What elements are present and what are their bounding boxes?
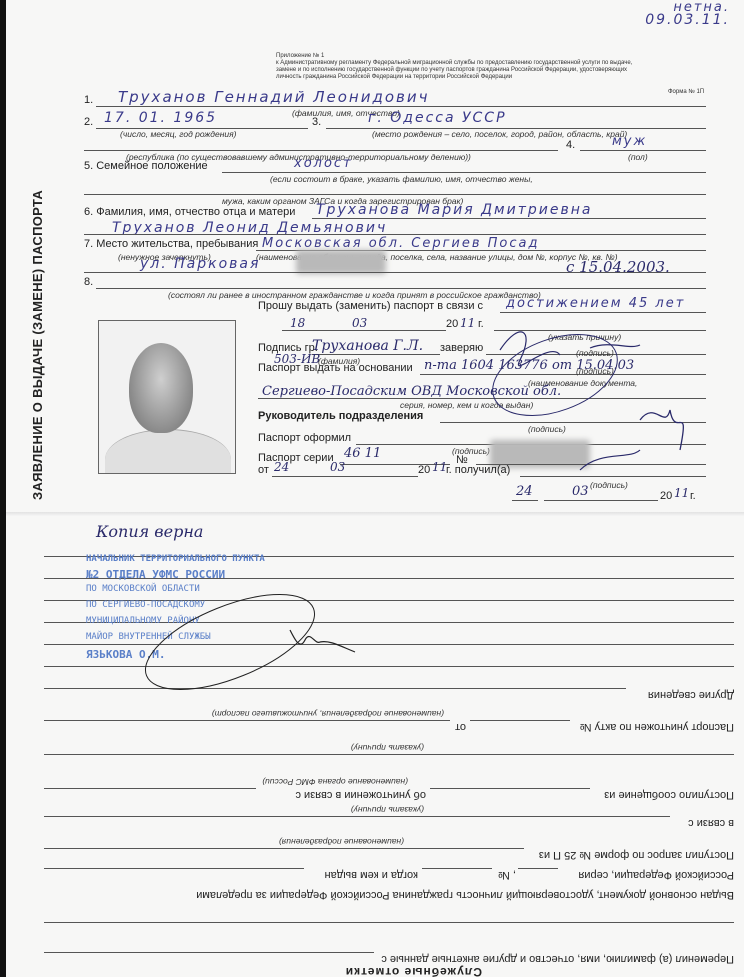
- destroyed-act-line: [470, 720, 570, 721]
- basis-label: Паспорт выдать на основании: [258, 362, 413, 374]
- photo-head: [129, 343, 193, 433]
- field-6-mother: Труханова Мария Дмитриевна: [316, 202, 592, 218]
- applicant-photo: [98, 320, 236, 474]
- dept-caption: (наименование подразделения): [279, 837, 404, 847]
- field-5-line-2: [84, 194, 706, 195]
- field-7-address-1: Московская обл. Сергиев Посад: [262, 236, 539, 251]
- destroyed-in-connection-label: об уничтожении в связи с: [295, 789, 426, 801]
- photo-shoulders: [105, 429, 231, 474]
- reason-caption-2: (указать причину): [351, 743, 424, 753]
- field-3-birth-place: г. Одесса УССР: [368, 110, 507, 126]
- field-8-line: [96, 288, 706, 289]
- changed-data-line: [44, 952, 374, 953]
- field-2-birth-date: 17. 01. 1965: [104, 110, 217, 126]
- reason-caption: (указать причину): [351, 805, 424, 815]
- destroyed-act-label: Паспорт уничтожен по акту №: [580, 721, 734, 733]
- destroyed-from-line: [44, 720, 450, 721]
- destroyed-from-label: от: [455, 721, 466, 733]
- service-marks-title: Служебные отметки: [345, 965, 482, 977]
- republic-line: [84, 150, 558, 151]
- field-4-line: [580, 150, 706, 151]
- field-6-label: 6. Фамилия, имя, отчество отца и матери: [84, 206, 295, 218]
- appendix-title: Приложение № 1: [276, 53, 324, 60]
- series-value: 46 11: [344, 446, 381, 461]
- field-5-marital-status: холост: [294, 156, 353, 171]
- changed-data-line-2: [44, 922, 734, 923]
- request-25p-line: [44, 848, 524, 849]
- field-3-number: 3.: [312, 116, 321, 128]
- field-4-number: 4.: [566, 139, 575, 151]
- field-6-line: [312, 218, 706, 219]
- fms-caption: (наименование органа ФМС России): [262, 777, 408, 787]
- field-7-label: 7. Место жительства, пребывания: [84, 238, 258, 250]
- from-day: 24: [274, 460, 289, 474]
- request-25p-label: Поступил запрос по форме № 25 П из: [539, 849, 734, 861]
- message-from-label: Поступило сообщение из: [604, 789, 734, 801]
- field-7-line-2: [84, 272, 706, 273]
- rf-number-label: , №: [498, 869, 516, 881]
- from-month: 03: [330, 460, 345, 474]
- form-number: Форма № 1П: [668, 89, 704, 96]
- in-connection-line: [44, 816, 670, 817]
- stamp-line-1: НАЧАЛЬНИК ТЕРРИТОРИАЛЬНОГО ПУНКТА: [86, 554, 265, 564]
- appendix-text-1: к Административному регламенту Федеральн…: [276, 60, 632, 67]
- request-month: 03: [352, 316, 367, 330]
- rf-series-label: Российской Федерации, серия: [578, 869, 734, 881]
- stamp-signature: [130, 580, 370, 700]
- form-title: ЗАЯВЛЕНИЕ О ВЫДАЧЕ (ЗАМЕНЕ) ПАСПОРТА: [30, 190, 45, 500]
- rf-when-line: [44, 868, 304, 869]
- issued-main-doc-label: Выдан основной документ, удостоверяющий …: [196, 889, 734, 901]
- destroyed-reason-line: [44, 788, 256, 789]
- field-4-caption: (пол): [628, 152, 648, 162]
- top-note-date: 09.03.11.: [645, 12, 730, 28]
- field-3-caption: (место рождения – село, поселок, город, …: [372, 129, 627, 139]
- head-of-unit-label: Руководитель подразделения: [258, 410, 423, 422]
- field-2-caption: (число, месяц, год рождения): [120, 129, 237, 139]
- issued-by-label: Паспорт оформил: [258, 432, 351, 444]
- request-date-line: [282, 330, 446, 331]
- field-5-label: 5. Семейное положение: [84, 160, 208, 172]
- field-8-number: 8.: [84, 276, 93, 288]
- rf-when-label: когда и кем выдан: [325, 869, 418, 881]
- rf-number-line: [422, 868, 492, 869]
- request-day: 18: [290, 316, 305, 330]
- field-8-caption: (состоял ли ранее в иностранном гражданс…: [168, 290, 541, 300]
- field-6-line-2: [84, 234, 706, 235]
- destroyed-caption: (наименование подразделения, уничтоживше…: [212, 709, 444, 719]
- other-info-label: Другие сведения: [648, 689, 734, 701]
- field-7-since-date: с 15.04.2003.: [566, 258, 670, 276]
- field-4-sex: муж: [612, 134, 647, 149]
- series-label: Паспорт серии: [258, 452, 334, 464]
- changed-data-label: Переменил (а) фамилию, имя, отчество и д…: [381, 953, 734, 965]
- field-2-number: 2.: [84, 116, 93, 128]
- reason-line-2: [44, 754, 734, 755]
- field-5-line: [222, 172, 706, 173]
- message-from-line: [430, 788, 590, 789]
- redacted-address: [296, 250, 386, 274]
- field-5-caption-1: (если состоит в браке, указать фамилию, …: [270, 174, 533, 184]
- signatures: [440, 300, 740, 510]
- rf-series-line: [518, 868, 558, 869]
- from-year-prefix: 20: [418, 464, 430, 476]
- appendix-text-3: личность гражданина Российской Федерации…: [276, 74, 512, 81]
- field-1-number: 1.: [84, 94, 93, 106]
- certify-line: [312, 354, 440, 355]
- field-1-full-name: Труханов Геннадий Леонидович: [118, 88, 430, 106]
- field-1-line: [96, 106, 706, 107]
- in-connection-label: в связи с: [688, 817, 734, 829]
- from-label: от: [258, 464, 269, 476]
- from-line: [272, 476, 418, 477]
- field-7-address-2: ул. Парковая: [140, 256, 260, 272]
- certify-name: Трухановa Г.Л.: [312, 338, 423, 354]
- appendix-text-2: замене и по исполнению государственной ф…: [276, 67, 627, 74]
